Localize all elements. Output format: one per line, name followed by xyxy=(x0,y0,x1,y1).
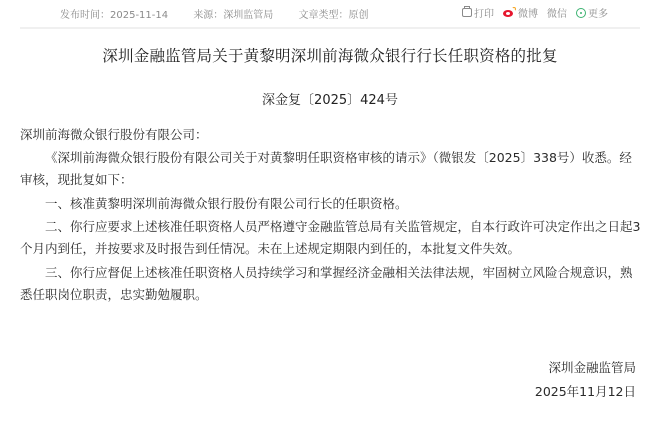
source-value: 深圳监管局 xyxy=(223,10,273,21)
type-value: 原创 xyxy=(349,10,369,21)
print-button[interactable]: 打印 xyxy=(462,5,494,20)
article-meta-info: 发布时间：2025-11-14 来源：深圳监管局 文章类型：原创 xyxy=(60,6,391,21)
paragraph-item-2: 二、你行应要求上述核准任职资格人员严格遵守金融监管总局有关监管规定，自本行政许可… xyxy=(20,216,644,260)
weibo-share-button[interactable]: 微博 xyxy=(503,5,538,20)
document-number: 深金复〔2025〕424号 xyxy=(0,89,660,108)
more-share-button[interactable]: 更多 xyxy=(576,5,608,20)
print-label: 打印 xyxy=(474,5,494,20)
article-type: 文章类型：原创 xyxy=(299,10,369,21)
weibo-label: 微博 xyxy=(518,5,538,20)
plus-circle-icon xyxy=(576,8,586,18)
type-label: 文章类型： xyxy=(299,10,349,21)
publish-time: 发布时间：2025-11-14 xyxy=(60,10,168,21)
paragraph-item-3: 三、你行应督促上述核准任职资格人员持续学习和掌握经济金融相关法律法规，牢固树立风… xyxy=(20,262,644,306)
addressee: 深圳前海微众银行股份有限公司： xyxy=(20,124,644,146)
paragraph-intro: 《深圳前海微众银行股份有限公司关于对黄黎明任职资格审核的请示》（微银发〔2025… xyxy=(20,147,644,191)
wechat-share-button[interactable]: 微信 xyxy=(547,5,567,20)
source-label: 来源： xyxy=(193,10,223,21)
publish-time-label: 发布时间： xyxy=(60,10,110,21)
article-source: 来源：深圳监管局 xyxy=(193,10,273,21)
more-label: 更多 xyxy=(588,5,608,20)
signature-date: 2025年11月12日 xyxy=(436,382,636,400)
weibo-icon xyxy=(503,7,516,18)
paragraph-item-1: 一、核准黄黎明深圳前海微众银行股份有限公司行长的任职资格。 xyxy=(20,193,644,215)
header-divider xyxy=(20,27,640,29)
publish-time-value: 2025-11-14 xyxy=(110,10,168,21)
signature-organization: 深圳金融监管局 xyxy=(436,358,636,376)
article-meta-bar: 发布时间：2025-11-14 来源：深圳监管局 文章类型：原创 打印 微博 微… xyxy=(0,0,660,26)
printer-icon xyxy=(462,8,472,17)
share-toolbar: 打印 微博 微信 更多 xyxy=(462,5,617,20)
document-title: 深圳金融监管局关于黄黎明深圳前海微众银行行长任职资格的批复 xyxy=(0,44,660,66)
wechat-label: 微信 xyxy=(547,5,567,20)
